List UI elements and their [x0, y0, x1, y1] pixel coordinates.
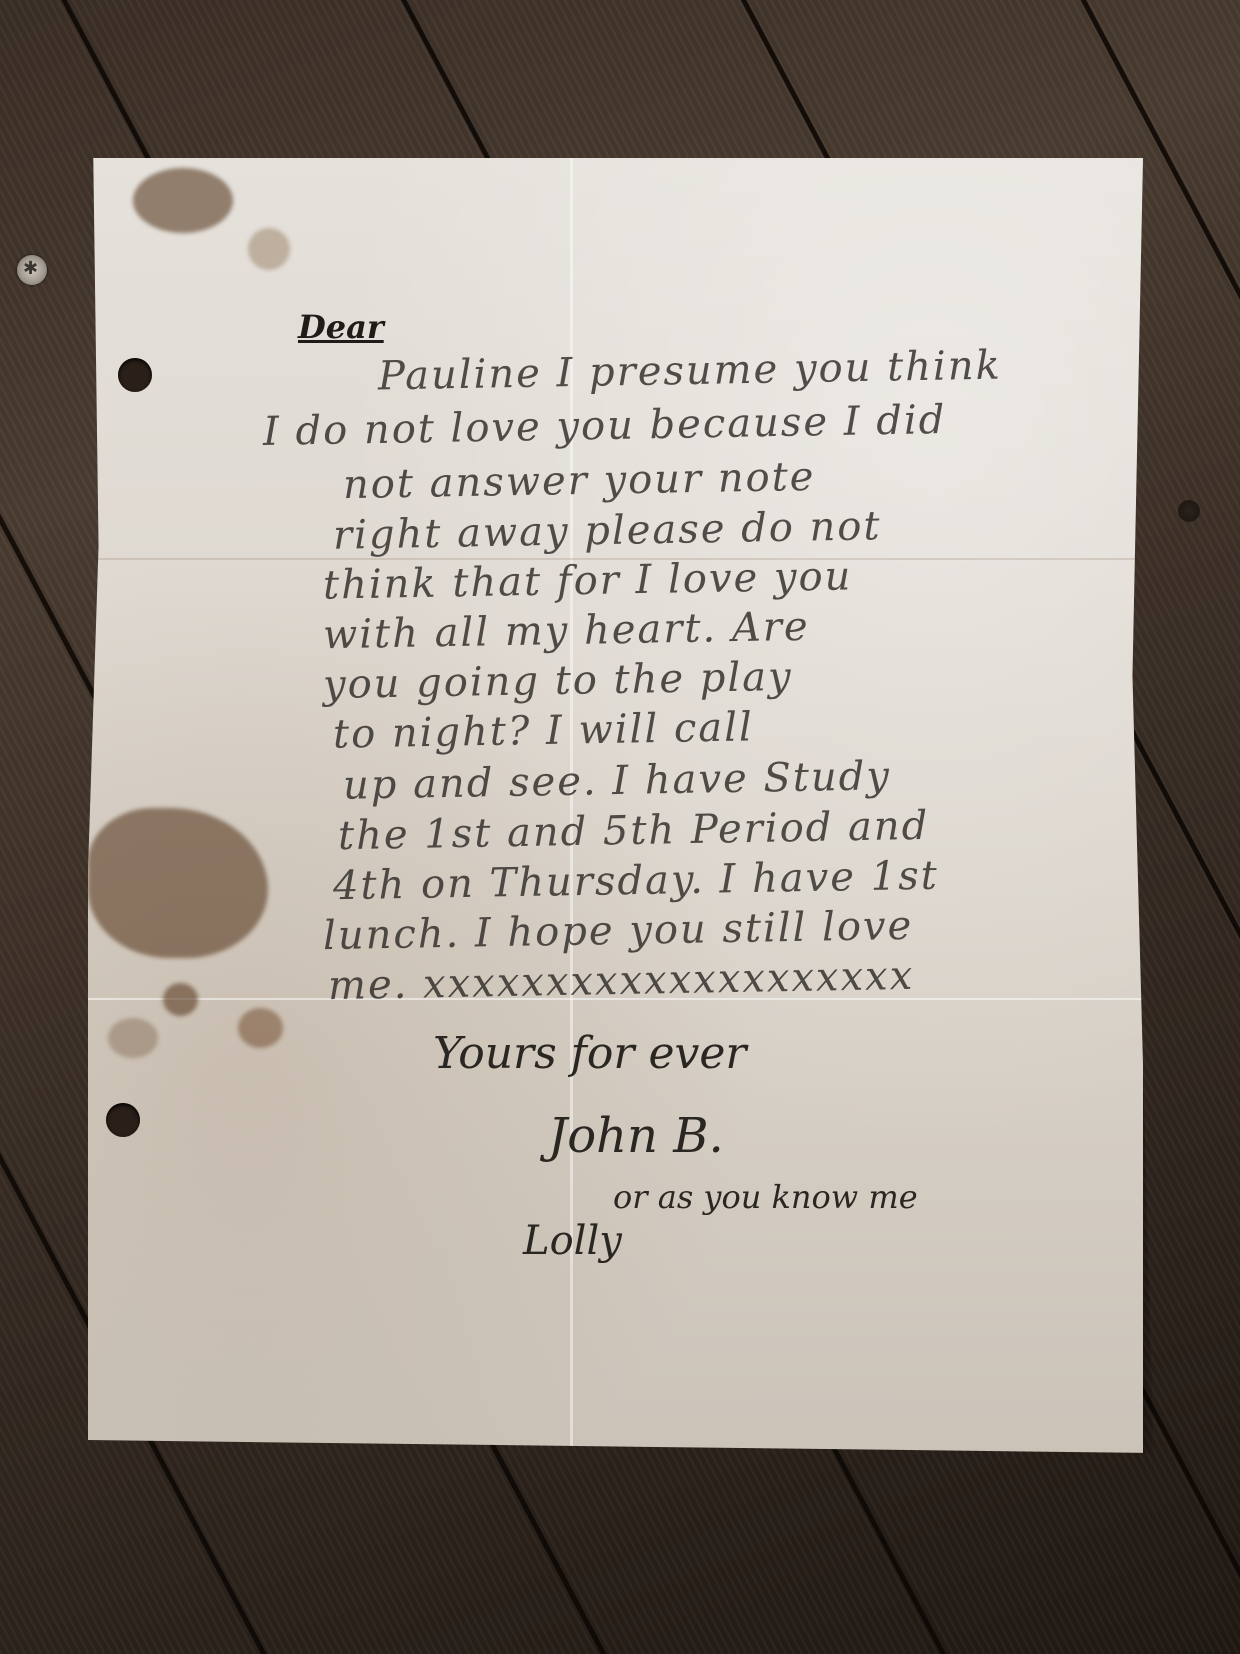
nail-hole	[1178, 500, 1200, 522]
letter-paper: Dear Pauline I presume you think I do no…	[88, 158, 1143, 1453]
letter-line: right away please do not	[333, 503, 882, 559]
letter-line: I do not love you because I did	[263, 397, 947, 455]
letter-line: you going to the play	[323, 654, 793, 708]
letter-line: with all my heart. Are	[323, 604, 810, 658]
letter-signature: John B.	[548, 1108, 724, 1164]
letter-line: the 1st and 5th Period and	[338, 803, 930, 859]
letter-salutation: Dear	[298, 308, 384, 346]
letter-nickname: Lolly	[523, 1218, 622, 1264]
letter-line: 4th on Thursday. I have 1st	[333, 853, 939, 910]
screw-head	[17, 255, 47, 285]
handwritten-letter: Dear Pauline I presume you think I do no…	[88, 158, 1143, 1453]
letter-closing: Yours for ever	[433, 1028, 746, 1079]
letter-line: lunch. I hope you still love	[323, 903, 914, 959]
letter-line: think that for I love you	[323, 553, 853, 608]
letter-line: to night? I will call	[333, 704, 754, 757]
letter-line: up and see. I have Study	[343, 753, 892, 809]
letter-line: Pauline I presume you think	[378, 343, 1002, 400]
letter-line: not answer your note	[343, 454, 816, 508]
letter-postscript: or as you know me	[613, 1178, 918, 1216]
letter-line: me. xxxxxxxxxxxxxxxxxxxx	[328, 953, 915, 1009]
